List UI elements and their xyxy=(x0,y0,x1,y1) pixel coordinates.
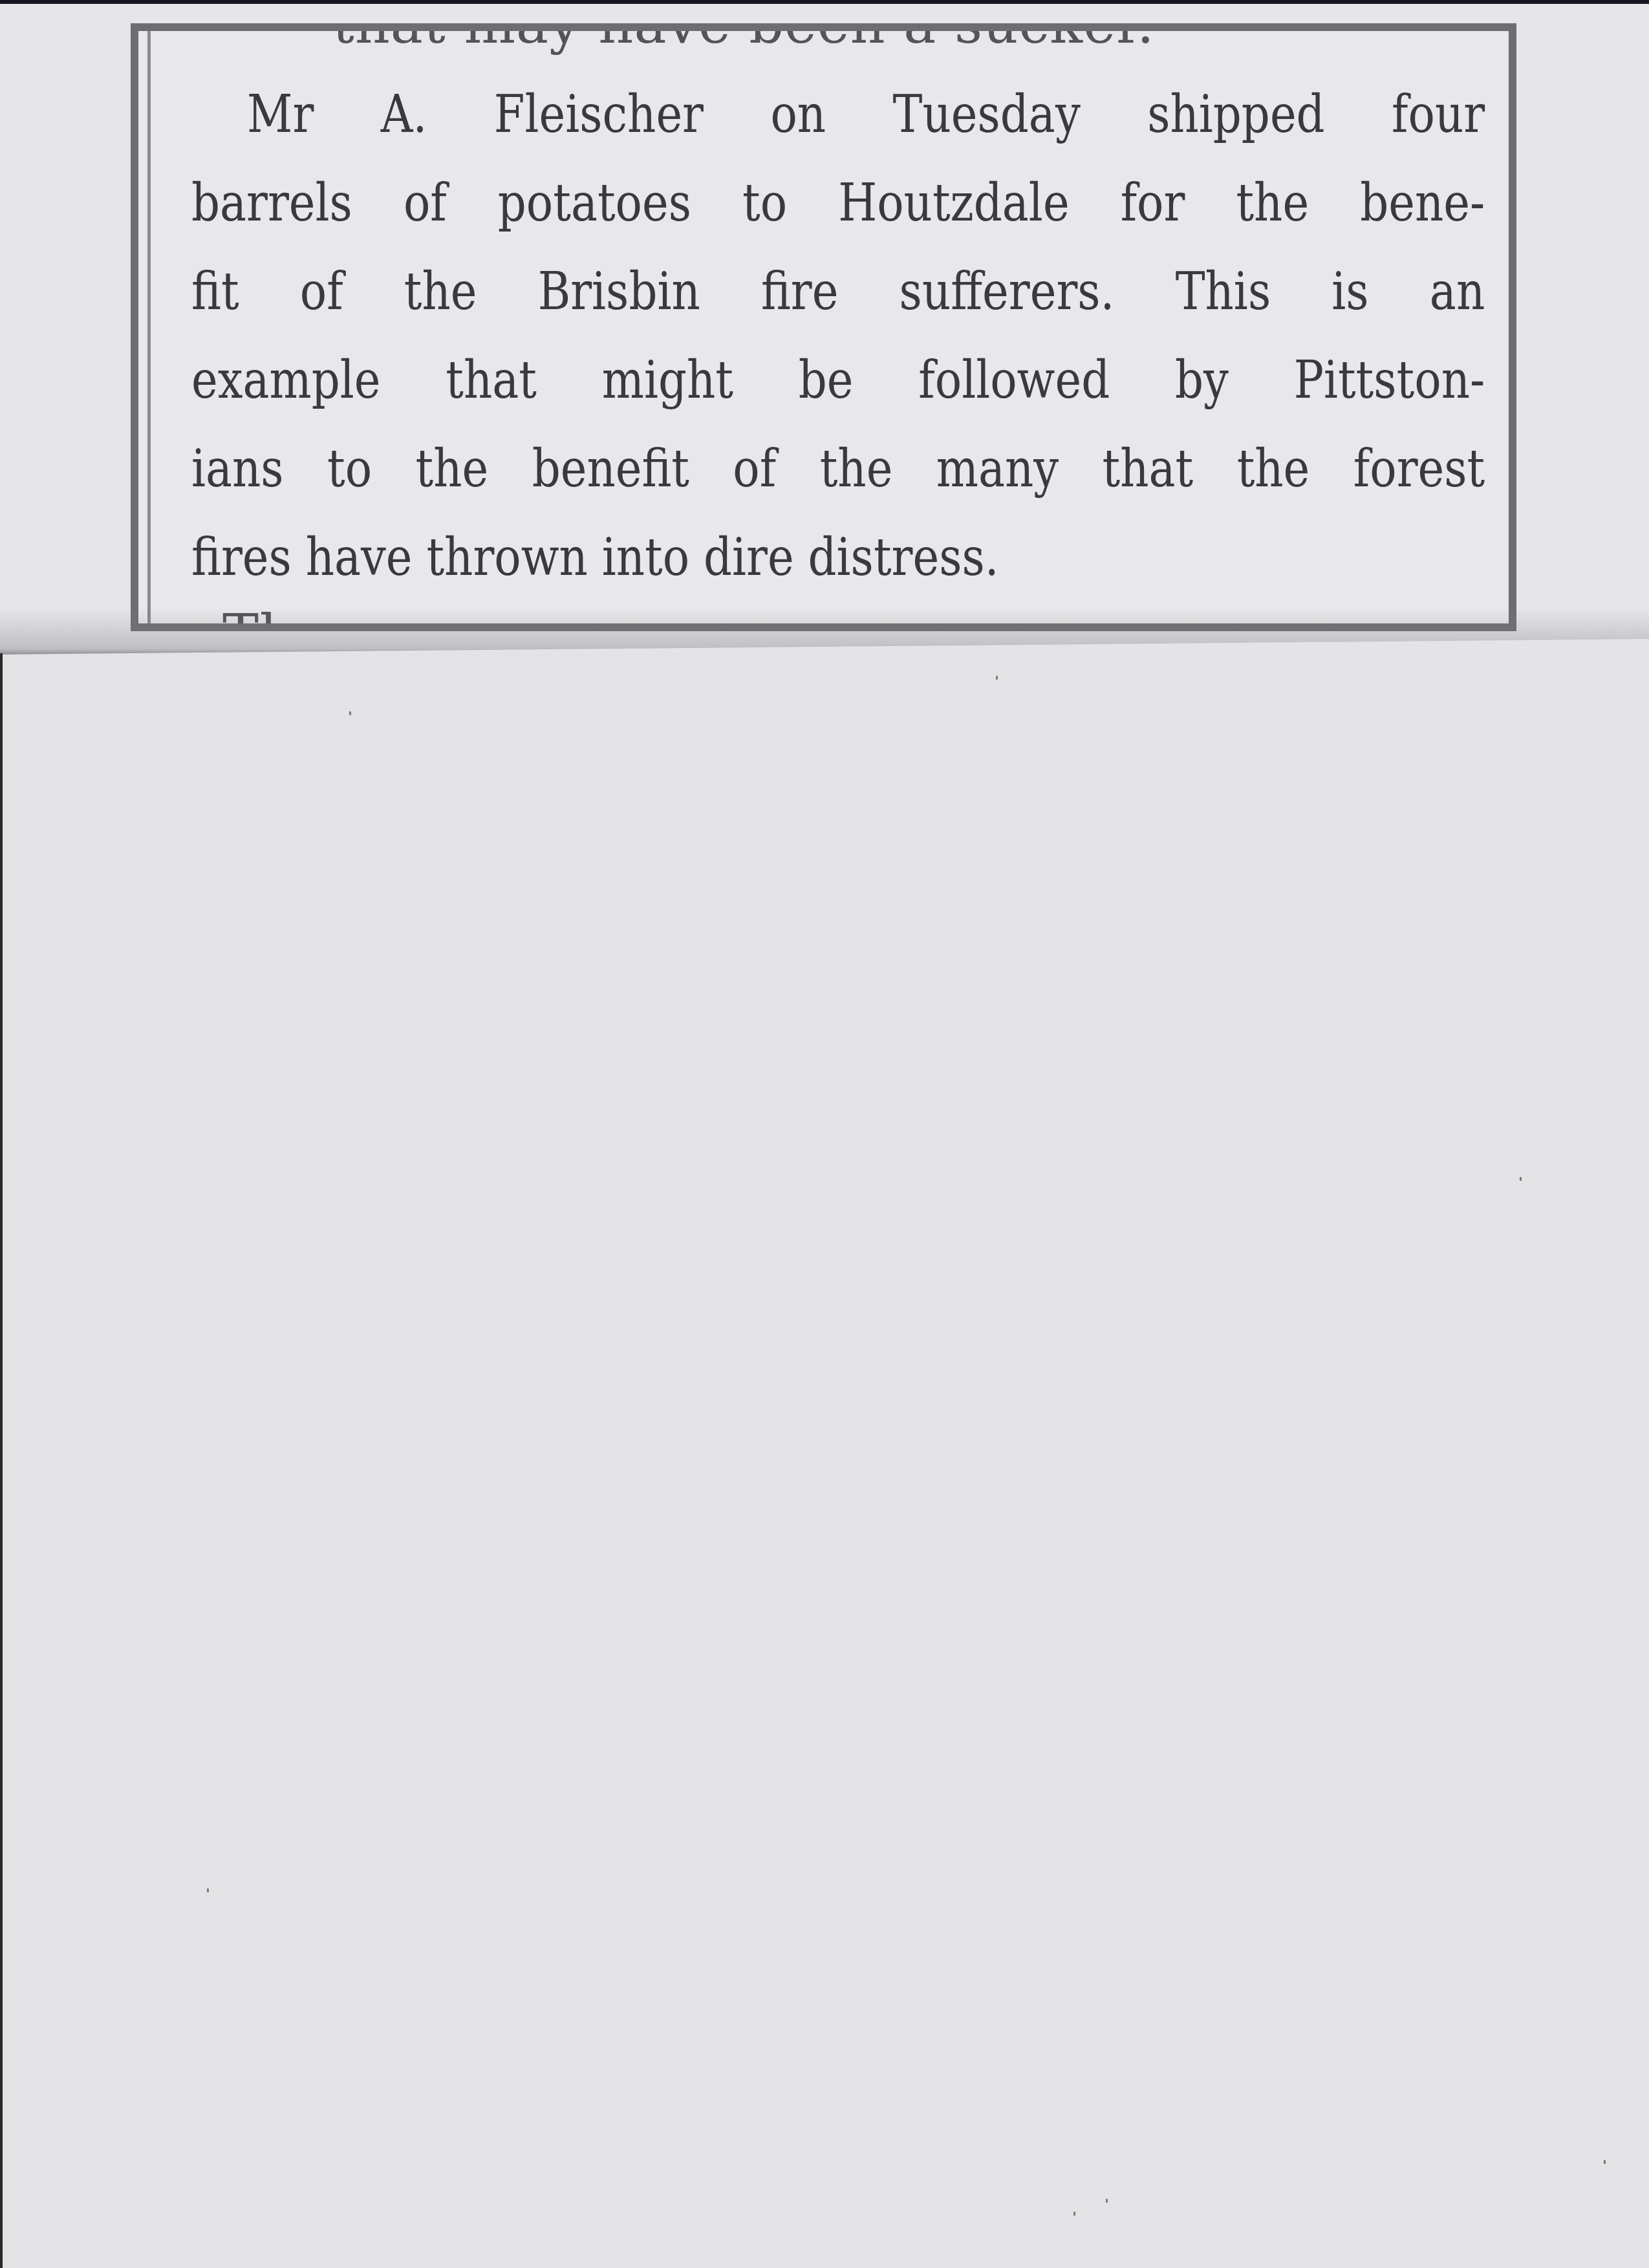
clipping-border-box: that may have been a sucker. Mr A. Fleis… xyxy=(131,23,1516,631)
article-line-5: ians to the benefit of the many that the… xyxy=(191,424,1485,513)
dust-speck xyxy=(207,1888,209,1892)
article-line-6: fires have thrown into dire distress. xyxy=(191,513,1485,601)
article-line-2: barrels of potatoes to Houtzdale for the… xyxy=(191,158,1485,247)
dust-speck xyxy=(996,676,998,680)
newspaper-clipping: that may have been a sucker. Mr A. Fleis… xyxy=(0,4,1649,657)
article-line-4: example that might be followed by Pittst… xyxy=(191,336,1485,424)
column-rule xyxy=(147,31,151,623)
dust-speck xyxy=(1520,1177,1522,1181)
dust-speck xyxy=(1106,2199,1108,2203)
blank-backing-page xyxy=(0,653,1649,2268)
dust-speck xyxy=(1604,2160,1606,2164)
cut-off-previous-line: that may have been a sucker. xyxy=(138,23,1509,56)
scanner-edge-band xyxy=(0,0,1649,4)
scanner-left-edge xyxy=(0,653,3,2268)
article-text: Mr A. Fleischer on Tuesday shipped four … xyxy=(191,70,1488,601)
dust-speck xyxy=(349,711,351,715)
article-line-1: Mr A. Fleischer on Tuesday shipped four xyxy=(191,70,1485,158)
article-line-3: fit of the Brisbin fire sufferers. This … xyxy=(191,247,1485,336)
dust-speck xyxy=(1073,2212,1075,2216)
